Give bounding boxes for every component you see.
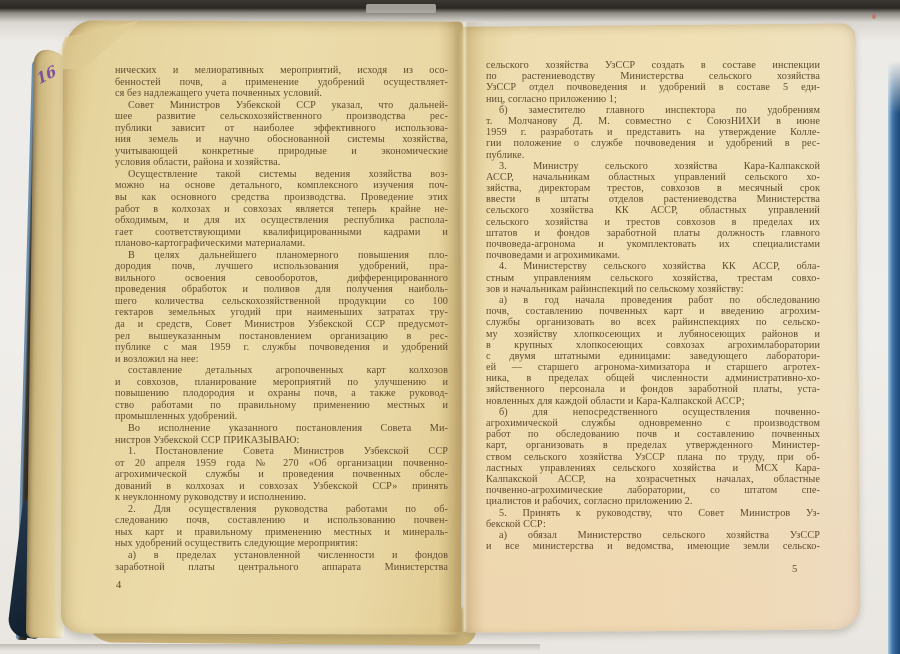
paragraph: а) обязал Министерство сельского хозяйст… <box>486 530 820 552</box>
text-line: можно на основе детального, комплексного… <box>115 180 448 192</box>
text-line: планово-картографическими материалами. <box>115 238 448 250</box>
book-cover-edge-right <box>888 60 900 654</box>
text-line: УзССР отдел почвоведения и удобрений в с… <box>486 82 820 93</box>
text-line: зяйственного персонала и фондов заработн… <box>486 384 820 395</box>
paragraph: а) в год начала проведения работ по обсл… <box>486 295 820 407</box>
paragraph: Осуществление такой системы ведения хозя… <box>115 169 448 250</box>
text-line: по растениеводству Министерства сельског… <box>486 71 820 82</box>
text-line: ниц, согласно приложению 1; <box>486 94 820 105</box>
text-line: агрохимической службы и проведения почве… <box>115 469 448 481</box>
text-line: публики зависит от наиболее эффективного… <box>115 123 448 135</box>
paragraph: б) для непосредственного осуществления п… <box>486 407 820 508</box>
text-line: дований в колхозах и совхозах Узбекской … <box>115 481 448 493</box>
text-line: 4. Министерству сельского хозяйства КК А… <box>486 261 820 272</box>
text-line: сельского хозяйства УзССР создать в сост… <box>486 60 820 71</box>
text-line: гии положение о службе почвоведения и уд… <box>486 138 820 149</box>
text-line: ных удобрений осуществить следующие меро… <box>115 538 448 550</box>
right-page-text: сельского хозяйства УзССР создать в сост… <box>486 60 820 552</box>
text-line: от 20 апреля 1959 года № 270 «Об организ… <box>115 458 448 470</box>
text-line: шего количества сельскохозяйственной про… <box>115 296 448 308</box>
dust-speck <box>872 14 876 19</box>
text-line: циалистов и рабочих, согласно приложению… <box>486 496 820 507</box>
text-line: 2. Для осуществления руководства работам… <box>115 504 448 516</box>
text-line: промышленных удобрений. <box>115 411 448 423</box>
text-line: нических и мелиоративных мероприятий, ис… <box>115 65 448 77</box>
text-line: проведения обработок и поливов для получ… <box>115 284 448 296</box>
text-line: сельского хозяйства КК АССР, областных у… <box>486 205 820 216</box>
text-line: заработной платы центрального аппарата М… <box>115 562 448 574</box>
text-line: ника, в пределах общей численности админ… <box>486 373 820 384</box>
text-line: а) в год начала проведения работ по обсл… <box>486 295 820 306</box>
text-line: карт, организовать в пределах утвержденн… <box>486 440 820 451</box>
text-line: новленных для каждой области и Кара-Калп… <box>486 396 820 407</box>
paragraph: а) в пределах установленной численности … <box>115 550 448 573</box>
paragraph: 5. Принять к руководству, что Совет Мини… <box>486 508 820 530</box>
paragraph: нических и мелиоративных мероприятий, ис… <box>115 65 448 100</box>
text-line: бекской ССР: <box>486 519 820 530</box>
text-line: почвоведа-агронома и укомплектовать их с… <box>486 239 820 250</box>
text-line: АССР, начальникам областных управлений с… <box>486 172 820 183</box>
text-line: и совхозов, планирование мероприятий по … <box>115 377 448 389</box>
text-line: Во исполнение указанного постановления С… <box>115 423 448 435</box>
text-line: ством сельского хозяйства УзССР плана по… <box>486 452 820 463</box>
text-line: условия области, района и хозяйства. <box>115 157 448 169</box>
text-line: ных карт и правильному применению местны… <box>115 527 448 539</box>
text-line: ей — старшего агронома-химизатора и стар… <box>486 362 820 373</box>
text-line: шее развитие сельскохозяйственного произ… <box>115 111 448 123</box>
text-line: 5. Принять к руководству, что Совет Мини… <box>486 508 820 519</box>
text-line: вы как основного средства производства. … <box>115 192 448 204</box>
text-line: му хозяйству хлопкосеющих и лубяносеющих… <box>486 329 820 340</box>
text-line: Осуществление такой системы ведения хозя… <box>115 169 448 181</box>
paragraph: 3. Министру сельского хозяйства Кара-Кал… <box>486 161 820 262</box>
text-line: нистров Узбекской ССР ПРИКАЗЫВАЮ: <box>115 435 448 447</box>
text-line: рел вышеуказанным постановлением организ… <box>115 331 448 343</box>
paragraph: 1. Постановление Совета Министров Узбекс… <box>115 446 448 504</box>
text-line: зяйства, директорам трестов, совхозов в … <box>486 183 820 194</box>
text-line: работ в колхозах и совхозах является теп… <box>115 204 448 216</box>
text-line: гектаров земельных угодий при наименьших… <box>115 307 448 319</box>
text-line: стным управлениям сельского хозяйства, т… <box>486 273 820 284</box>
text-line: агрохимической службы одновременно с про… <box>486 418 820 429</box>
paragraph: Во исполнение указанного постановления С… <box>115 423 448 446</box>
text-line: а) обязал Министерство сельского хозяйст… <box>486 530 820 541</box>
text-line: ство работами по правильному применению … <box>115 400 448 412</box>
text-line: зов и начальникам райинспекций по сельск… <box>486 284 820 295</box>
text-line: ввести в штаты отделов растениеводства М… <box>486 194 820 205</box>
text-line: и возложил на нее: <box>115 354 448 366</box>
paragraph: б) заместителю главного инспектора по уд… <box>486 105 820 161</box>
left-page-text: нических и мелиоративных мероприятий, ис… <box>115 65 448 573</box>
paragraph: В целях дальнейшего планомерного повышен… <box>115 250 448 365</box>
scanner-band-notch <box>366 4 436 13</box>
page-number-right: 5 <box>792 564 797 575</box>
text-line: да и средств, Совет Министров Узбекской … <box>115 319 448 331</box>
text-line: почвоведами и агрохимиками. <box>486 250 820 261</box>
text-line: с двумя штатными единицами: заведующего … <box>486 351 820 362</box>
text-line: составление детальных агропочвенных карт… <box>115 365 448 377</box>
text-line: Калпакской АССР, на хозрасчетных началах… <box>486 474 820 485</box>
text-line: дородия почв, лучшего использования удоб… <box>115 261 448 273</box>
text-line: б) заместителю главного инспектора по уд… <box>486 105 820 116</box>
text-line: 1959 г. разработать и представить на утв… <box>486 127 820 138</box>
text-line: повышению плодородия и охраны почв, а та… <box>115 388 448 400</box>
text-line: сельского хозяйства и трестов совхозов в… <box>486 217 820 228</box>
text-line: В целях дальнейшего планомерного повышен… <box>115 250 448 262</box>
page-number-left: 4 <box>116 580 121 591</box>
text-line: 1. Постановление Совета Министров Узбекс… <box>115 446 448 458</box>
text-line: публике. <box>486 150 820 161</box>
text-line: ластных управлениях сельского хозяйства … <box>486 463 820 474</box>
text-line: службы организовать во всех райинспекция… <box>486 317 820 328</box>
text-line: бенностей почв, а применение удобрений о… <box>115 77 448 89</box>
text-line: учитывающей конкретные природные и эконо… <box>115 146 448 158</box>
text-line: почвенно-агрохимические лаборатории, со … <box>486 485 820 496</box>
text-line: Совет Министров Узбекской ССР указал, чт… <box>115 100 448 112</box>
text-line: обходимым, и для их осуществления респуб… <box>115 215 448 227</box>
text-line: ния земель и научно обоснованной системы… <box>115 134 448 146</box>
text-line: почв, составлению почвенных карт и введе… <box>486 306 820 317</box>
paragraph: 2. Для осуществления руководства работам… <box>115 504 448 550</box>
text-line: т. Молчанову Д. М. совместно с СоюзНИХИ … <box>486 116 820 127</box>
text-line: ся без надлежащего учета почвенных услов… <box>115 88 448 100</box>
paragraph: составление детальных агропочвенных карт… <box>115 365 448 423</box>
paragraph: Совет Министров Узбекской ССР указал, чт… <box>115 100 448 169</box>
text-line: 3. Министру сельского хозяйства Кара-Кал… <box>486 161 820 172</box>
text-line: к неуклонному руководству и исполнению. <box>115 492 448 504</box>
paragraph: 4. Министерству сельского хозяйства КК А… <box>486 261 820 295</box>
text-line: публике с мая 1959 г. службы почвоведени… <box>115 342 448 354</box>
paragraph: сельского хозяйства УзССР создать в сост… <box>486 60 820 105</box>
text-line: в крупных хлопкосеющих совхозах агрохимл… <box>486 340 820 351</box>
text-line: гает соответствующими квалифицированными… <box>115 227 448 239</box>
text-line: вильного освоения севооборотов, дифферен… <box>115 273 448 285</box>
text-line: и все министерства и ведомства, имеющие … <box>486 541 820 552</box>
text-line: следованию почв, составлению и использов… <box>115 515 448 527</box>
text-line: работ по обследованию почв и составлению… <box>486 429 820 440</box>
book-scan: 16 нических и мелиоративных мероприятий,… <box>0 0 900 654</box>
text-line: штатов и фондов заработной платы должнос… <box>486 228 820 239</box>
text-line: а) в пределах установленной численности … <box>115 550 448 562</box>
text-line: б) для непосредственного осуществления п… <box>486 407 820 418</box>
